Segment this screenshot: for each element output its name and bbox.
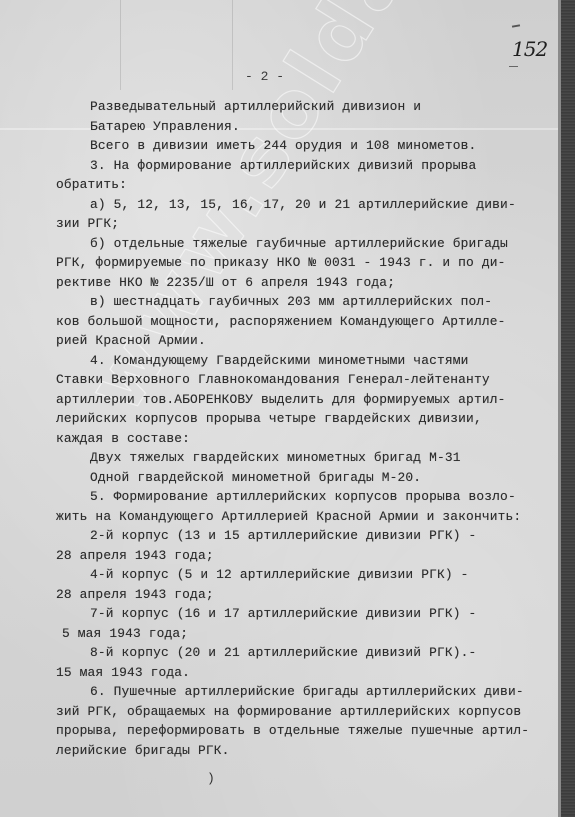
text-line: в) шестнадцать гаубичных 203 мм артиллер… <box>90 294 492 310</box>
text-line: Разведывательный артиллерийский дивизион… <box>90 99 421 115</box>
text-line: прорыва, переформировать в отдельные тяж… <box>56 723 529 739</box>
text-line: каждая в составе: <box>56 431 190 447</box>
text-line: Ставки Верховного Главнокомандования Ген… <box>56 372 490 388</box>
text-line: 5 мая 1943 года; <box>62 626 188 642</box>
text-line: 3. На формирование артиллерийских дивизи… <box>90 158 476 174</box>
text-line: обратить: <box>56 177 127 193</box>
text-line: Двух тяжелых гвардейских минометных бриг… <box>90 450 461 466</box>
archive-sheet-number: 152 <box>512 37 547 61</box>
text-line: 28 апреля 1943 года; <box>56 548 214 564</box>
page-number: - 2 - <box>245 69 284 84</box>
text-line: 6. Пушечные артиллерийские бригады артил… <box>90 684 524 700</box>
text-line: зий РГК, обращаемых на формирование арти… <box>56 704 521 720</box>
text-line: рективе НКО № 2235/Ш от 6 апреля 1943 го… <box>56 275 395 291</box>
bottom-mark: ) <box>207 771 215 786</box>
text-line: 4. Командующему Гвардейскими минометными… <box>90 353 469 369</box>
text-line: ков большой мощности, распоряжением Кома… <box>56 314 505 330</box>
text-line: Батарею Управления. <box>90 119 240 135</box>
crease <box>232 0 233 90</box>
text-line: зии РГК; <box>56 216 119 232</box>
fold-line <box>0 128 558 130</box>
text-line: 7-й корпус (16 и 17 артиллерийские дивиз… <box>90 606 476 622</box>
scan-edge <box>558 0 575 817</box>
crease <box>120 0 121 90</box>
document-page: www.soldat.ru 152 - 2 - Разведывательный… <box>0 0 558 817</box>
text-line: 15 мая 1943 года. <box>56 665 190 681</box>
text-line: а) 5, 12, 13, 15, 16, 17, 20 и 21 артилл… <box>90 197 516 213</box>
archive-mark <box>509 66 518 67</box>
text-line: артиллерии тов.АБОРЕНКОВУ выделить для ф… <box>56 392 505 408</box>
text-line: 4-й корпус (5 и 12 артиллерийские дивизи… <box>90 567 469 583</box>
text-line: Одной гвардейской минометной бригады М-2… <box>90 470 421 486</box>
text-line: Всего в дивизии иметь 244 орудия и 108 м… <box>90 138 476 154</box>
text-line: рией Красной Армии. <box>56 333 206 349</box>
text-line: РГК, формируемые по приказу НКО № 0031 -… <box>56 255 505 271</box>
text-line: б) отдельные тяжелые гаубичные артиллери… <box>90 236 508 252</box>
text-line: лерийских корпусов прорыва четыре гварде… <box>56 411 482 427</box>
text-line: жить на Командующего Артиллерией Красной… <box>56 509 521 525</box>
archive-mark <box>512 24 520 27</box>
text-line: 2-й корпус (13 и 15 артиллерийские дивиз… <box>90 528 476 544</box>
text-line: 28 апреля 1943 года; <box>56 587 214 603</box>
text-line: 8-й корпус (20 и 21 артиллерийские дивиз… <box>90 645 476 661</box>
text-line: 5. Формирование артиллерийских корпусов … <box>90 489 516 505</box>
text-line: лерийские бригады РГК. <box>56 743 229 759</box>
